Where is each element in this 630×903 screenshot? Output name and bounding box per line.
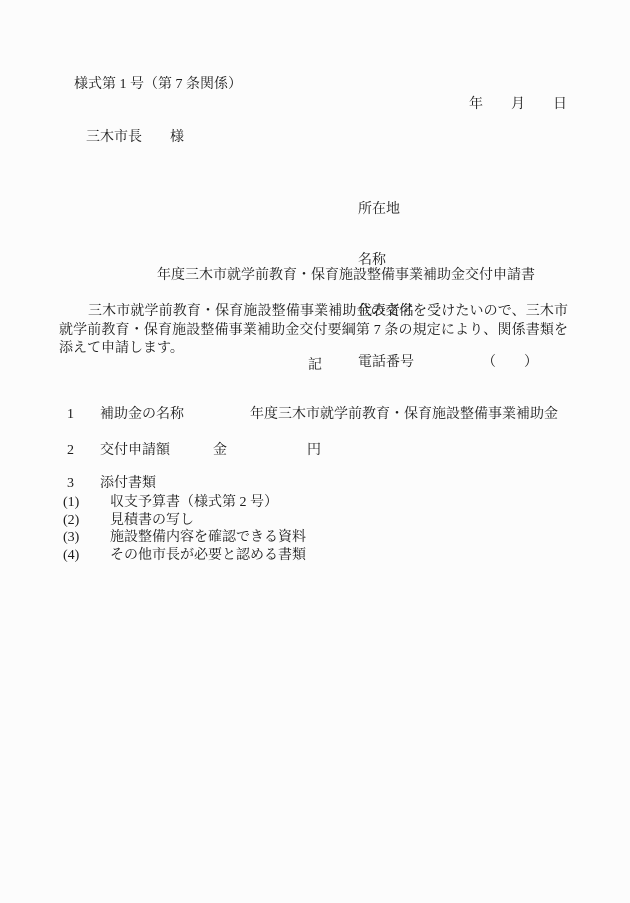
addressee: 三木市長 様 (86, 129, 184, 147)
attachment-3-marker: (3) (63, 529, 79, 547)
date-line: 年 月 日 (469, 96, 567, 114)
item-2-yen-mark: 円 (307, 442, 321, 460)
item-2-number: 2 (67, 442, 74, 460)
attachment-1-text: 収支予算書（様式第 2 号） (110, 494, 278, 512)
ki-mark: 記 (0, 357, 630, 375)
item-attached-documents: 3 添付書類 (0, 475, 630, 493)
attachment-4-text: その他市長が必要と認める書類 (110, 547, 306, 565)
body-paragraph: 三木市就学前教育・保育施設整備事業補助金の交付を受けたいので、三木市就学前教育・… (59, 303, 568, 359)
item-1-label: 補助金の名称 (100, 406, 184, 424)
attachment-row-3: (3) 施設整備内容を確認できる資料 (0, 529, 630, 547)
attachment-4-marker: (4) (63, 547, 79, 565)
item-application-amount: 2 交付申請額 金 円 (0, 442, 630, 460)
form-number: 様式第 1 号（第 7 条関係） (74, 76, 242, 94)
attachment-1-marker: (1) (63, 494, 79, 512)
item-3-number: 3 (67, 475, 74, 493)
document-page: 様式第 1 号（第 7 条関係） 年 月 日 三木市長 様 所在地 名称 代表者… (0, 0, 630, 903)
item-2-label: 交付申請額 (100, 442, 170, 460)
item-1-value: 年度三木市就学前教育・保育施設整備事業補助金 (250, 406, 558, 424)
document-title: 年度三木市就学前教育・保育施設整備事業補助金交付申請書 (157, 267, 535, 285)
attachment-3-text: 施設整備内容を確認できる資料 (110, 529, 306, 547)
attachment-row-4: (4) その他市長が必要と認める書類 (0, 547, 630, 565)
item-1-number: 1 (67, 406, 74, 424)
item-3-label: 添付書類 (100, 475, 156, 493)
attachment-2-text: 見積書の写し (110, 512, 194, 530)
attachment-row-1: (1) 収支予算書（様式第 2 号） (0, 494, 630, 512)
item-subsidy-name: 1 補助金の名称 年度三木市就学前教育・保育施設整備事業補助金 (0, 406, 630, 424)
item-2-kin-mark: 金 (213, 442, 227, 460)
sender-address-label: 所在地 (358, 201, 538, 218)
attachment-row-2: (2) 見積書の写し (0, 512, 630, 530)
attachment-2-marker: (2) (63, 512, 79, 530)
